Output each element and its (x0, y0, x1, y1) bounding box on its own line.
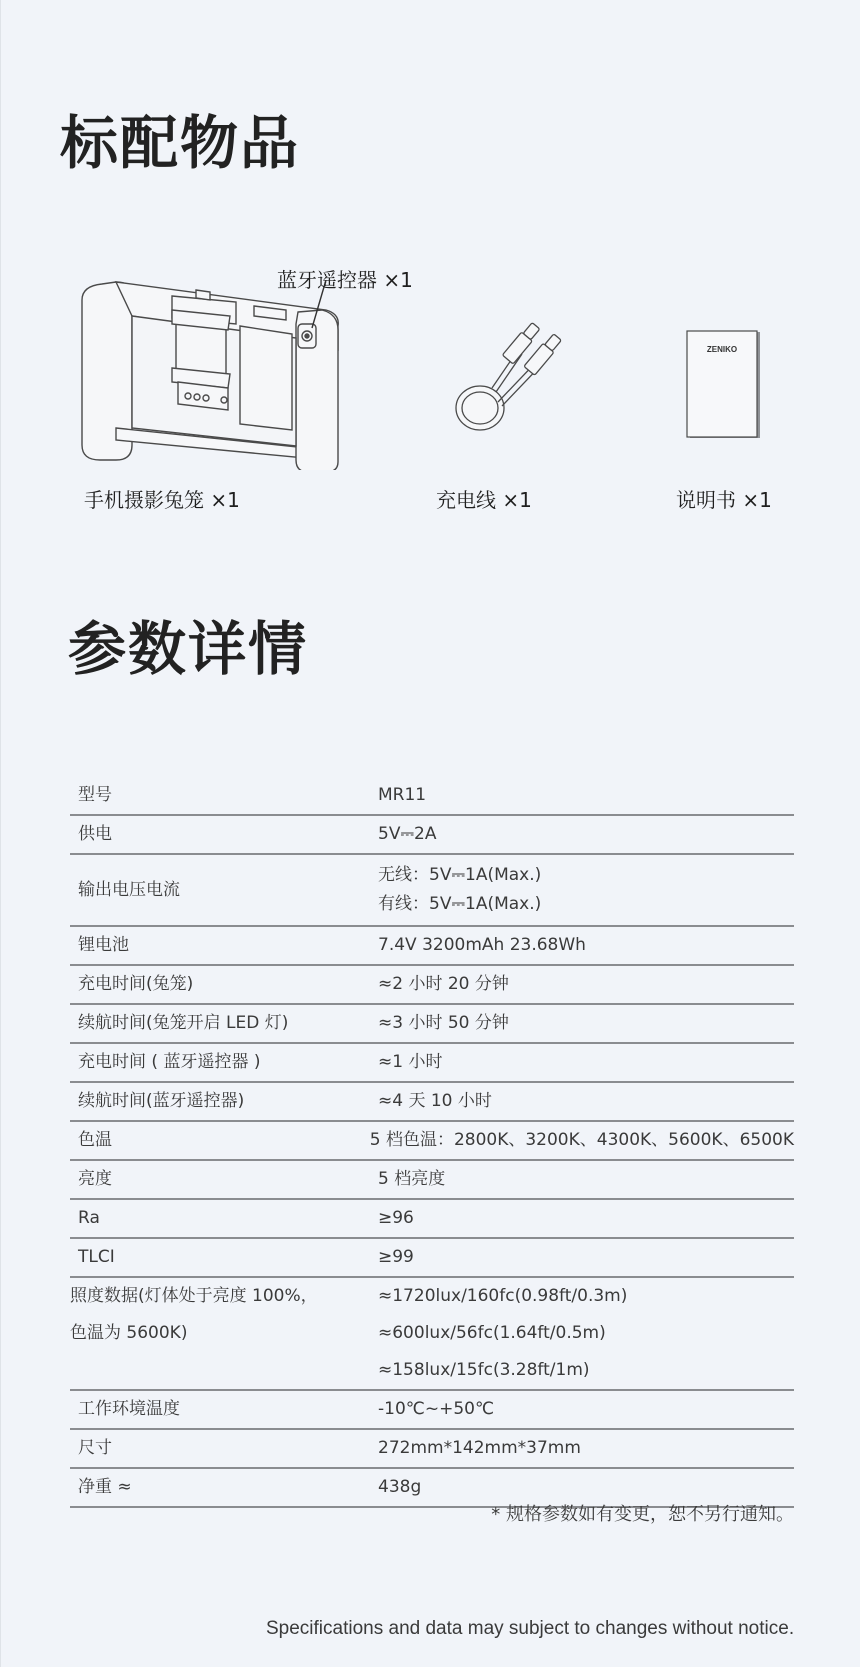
usb-c-cable-illustration (448, 320, 568, 440)
spec-value: ≈2 小时 20 分钟 (378, 966, 794, 1003)
spec-label: TLCI (78, 1239, 378, 1276)
spec-value: 有线：5V⎓1A(Max.) (378, 890, 794, 919)
spec-value: 无线：5V⎓1A(Max.) (378, 861, 794, 890)
spec-value: ≥99 (378, 1239, 794, 1276)
spec-row-output: 输出电压电流 无线：5V⎓1A(Max.) 有线：5V⎓1A(Max.) (70, 855, 794, 927)
spec-label: Ra (78, 1200, 378, 1237)
included-items-title: 标配物品 (60, 108, 300, 178)
spec-label: 型号 (78, 777, 378, 814)
phone-cage-illustration (76, 280, 346, 470)
spec-label: 照度数据(灯体处于亮度 100%， (70, 1278, 378, 1315)
spec-value: 7.4V 3200mAh 23.68Wh (378, 927, 794, 964)
spec-row-operating-temp: 工作环境温度 -10℃~+50℃ (70, 1391, 794, 1430)
spec-row-remote-charge-time: 充电时间 ( 蓝牙遥控器 ) ≈1 小时 (70, 1044, 794, 1083)
page-edge (0, 0, 1, 1667)
spec-row-ra: Ra ≥96 (70, 1200, 794, 1239)
spec-value: ≈1720lux/160fc(0.98ft/0.3m) (378, 1278, 794, 1315)
spec-row-battery: 锂电池 7.4V 3200mAh 23.68Wh (70, 927, 794, 966)
spec-row-cage-charge-time: 充电时间(兔笼) ≈2 小时 20 分钟 (70, 966, 794, 1005)
spec-value: ≈3 小时 50 分钟 (378, 1005, 794, 1042)
spec-value: 272mm*142mm*37mm (378, 1430, 794, 1467)
spec-row-color-temp: 色温 5 档色温：2800K、3200K、4300K、5600K、6500K (70, 1122, 794, 1161)
remote-callout-label: 蓝牙遥控器 ×1 (277, 264, 413, 293)
spec-label: 色温为 5600K) (70, 1315, 378, 1352)
spec-value: ≈600lux/56fc(1.64ft/0.5m) (378, 1315, 794, 1352)
spec-value: -10℃~+50℃ (378, 1391, 794, 1428)
footer-disclaimer: Specifications and data may subject to c… (266, 1618, 794, 1640)
spec-label: 充电时间 ( 蓝牙遥控器 ) (78, 1044, 378, 1081)
spec-change-note: * 规格参数如有变更，恕不另行通知。 (491, 1500, 794, 1526)
spec-row-cage-runtime: 续航时间(兔笼开启 LED 灯) ≈3 小时 50 分钟 (70, 1005, 794, 1044)
cable-caption: 充电线 ×1 (436, 484, 532, 513)
spec-table: 型号 MR11 供电 5V⎓2A 输出电压电流 无线：5V⎓1A(Max.) 有… (70, 777, 794, 1508)
spec-row-illuminance: 照度数据(灯体处于亮度 100%， 色温为 5600K) ≈1720lux/16… (70, 1278, 794, 1391)
spec-row-tlci: TLCI ≥99 (70, 1239, 794, 1278)
spec-value: 5 档色温：2800K、3200K、4300K、5600K、6500K (370, 1122, 794, 1159)
spec-label: 输出电压电流 (78, 872, 180, 909)
manual-brand: ZENIKO (707, 345, 737, 354)
spec-row-model: 型号 MR11 (70, 777, 794, 816)
spec-label: 净重 ≈ (78, 1469, 378, 1506)
spec-row-dimensions: 尺寸 272mm*142mm*37mm (70, 1430, 794, 1469)
cage-caption: 手机摄影兔笼 ×1 (84, 484, 240, 513)
spec-value: ≥96 (378, 1200, 794, 1237)
spec-value: ≈158lux/15fc(3.28ft/1m) (378, 1352, 794, 1389)
spec-row-remote-runtime: 续航时间(蓝牙遥控器) ≈4 天 10 小时 (70, 1083, 794, 1122)
spec-label: 工作环境温度 (78, 1391, 378, 1428)
spec-row-brightness: 亮度 5 档亮度 (70, 1161, 794, 1200)
spec-label: 续航时间(兔笼开启 LED 灯) (78, 1005, 378, 1042)
spec-label: 亮度 (78, 1161, 378, 1198)
spec-label: 尺寸 (78, 1430, 378, 1467)
spec-label: 充电时间(兔笼) (78, 966, 378, 1003)
spec-value: ≈4 天 10 小时 (378, 1083, 794, 1120)
spec-label: 锂电池 (78, 927, 378, 964)
spec-value: 5V⎓2A (378, 816, 794, 853)
spec-label: 续航时间(蓝牙遥控器) (78, 1083, 378, 1120)
spec-row-power-supply: 供电 5V⎓2A (70, 816, 794, 855)
manual-booklet-illustration: ZENIKO (686, 330, 766, 442)
specs-title: 参数详情 (68, 614, 308, 684)
spec-value: ≈1 小时 (378, 1044, 794, 1081)
manual-caption: 说明书 ×1 (676, 484, 772, 513)
spec-label: 色温 (78, 1122, 370, 1159)
spec-value: 5 档亮度 (378, 1161, 794, 1198)
spec-value: MR11 (378, 777, 794, 814)
spec-label: 供电 (78, 816, 378, 853)
